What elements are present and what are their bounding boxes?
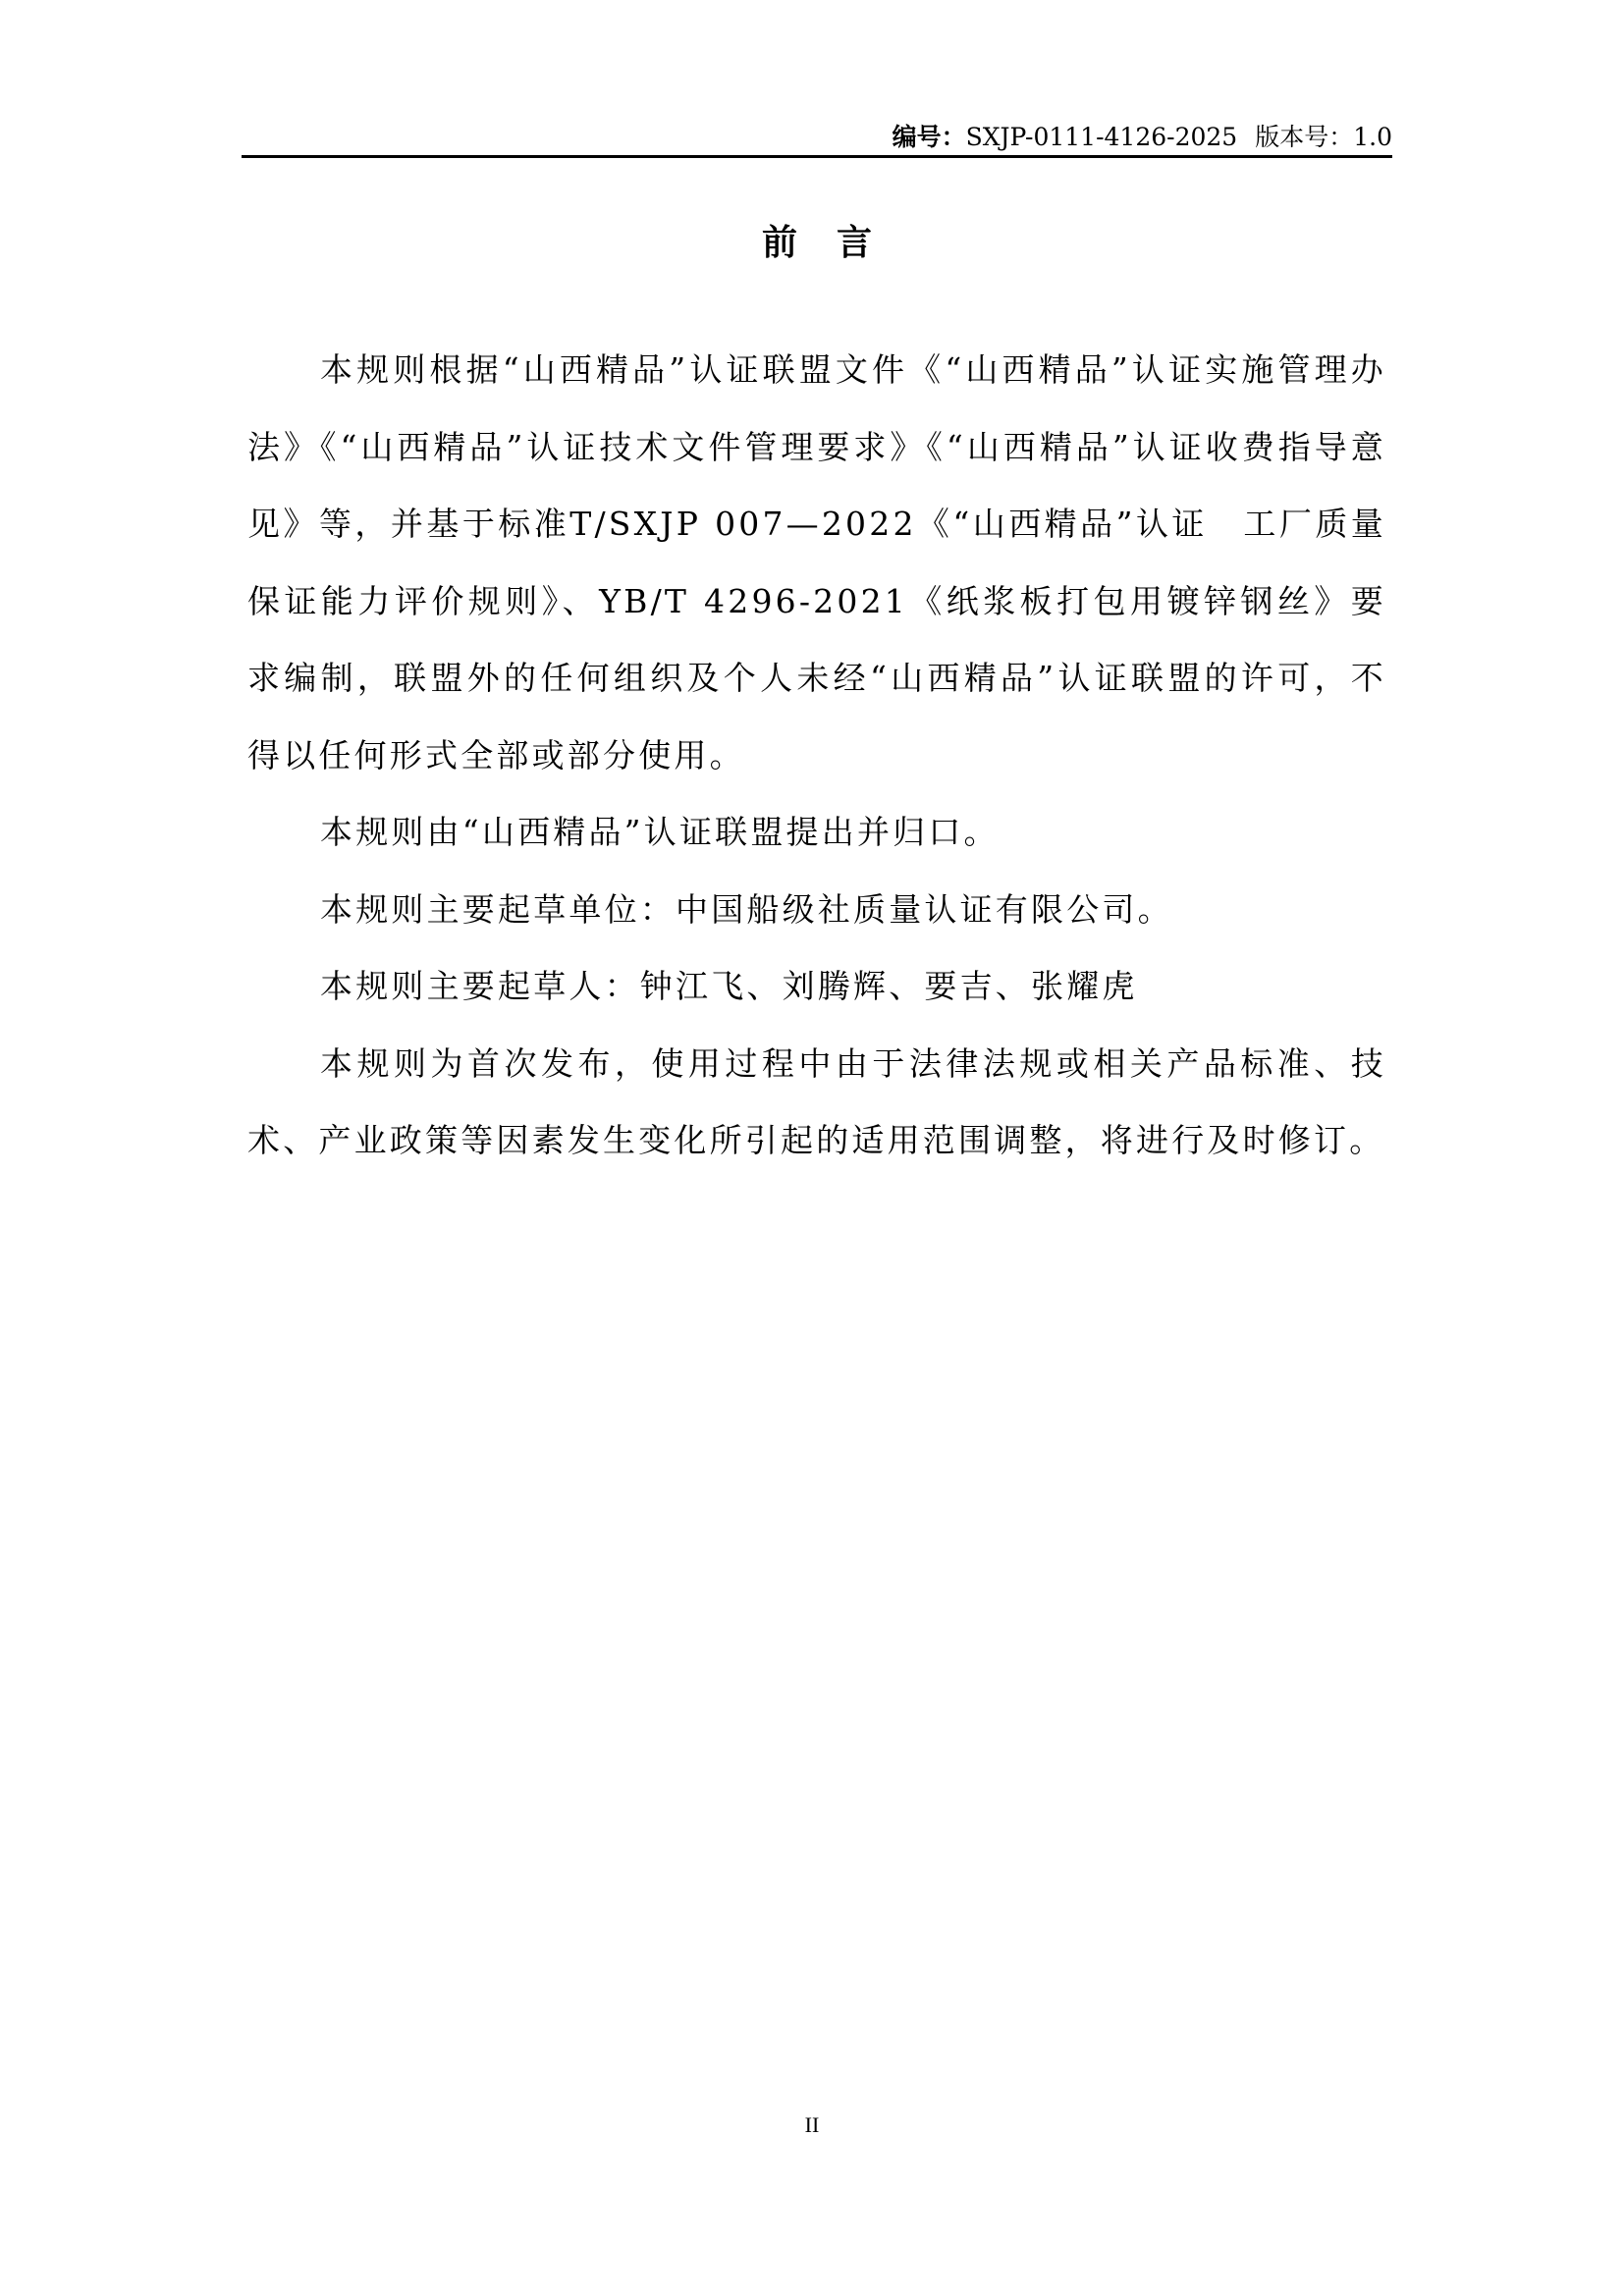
paragraph-drafters: 本规则主要起草人：钟江飞、刘腾辉、要吉、张耀虎	[247, 948, 1386, 1026]
header-divider	[242, 155, 1392, 158]
paragraph-revision: 本规则为首次发布，使用过程中由于法律法规或相关产品标准、技术、产业政策等因素发生…	[247, 1026, 1386, 1180]
paragraph-proposer: 本规则由“山西精品”认证联盟提出并归口。	[247, 794, 1386, 872]
document-code-value: SXJP-0111-4126-2025	[966, 123, 1238, 151]
version-value: 1.0	[1353, 123, 1392, 151]
version-label: 版本号：	[1255, 123, 1353, 151]
paragraph-drafting-unit: 本规则主要起草单位：中国船级社质量认证有限公司。	[247, 872, 1386, 949]
paragraph-basis: 本规则根据“山西精品”认证联盟文件《“山西精品”认证实施管理办法》《“山西精品”…	[247, 332, 1386, 794]
document-code-label: 编号：	[893, 123, 966, 151]
foreword-body: 本规则根据“山西精品”认证联盟文件《“山西精品”认证实施管理办法》《“山西精品”…	[247, 332, 1386, 1180]
page-title: 前言	[242, 218, 1392, 267]
page-number: II	[0, 2110, 1624, 2140]
document-header: 编号：SXJP-0111-4126-2025版本号：1.0	[242, 120, 1392, 155]
